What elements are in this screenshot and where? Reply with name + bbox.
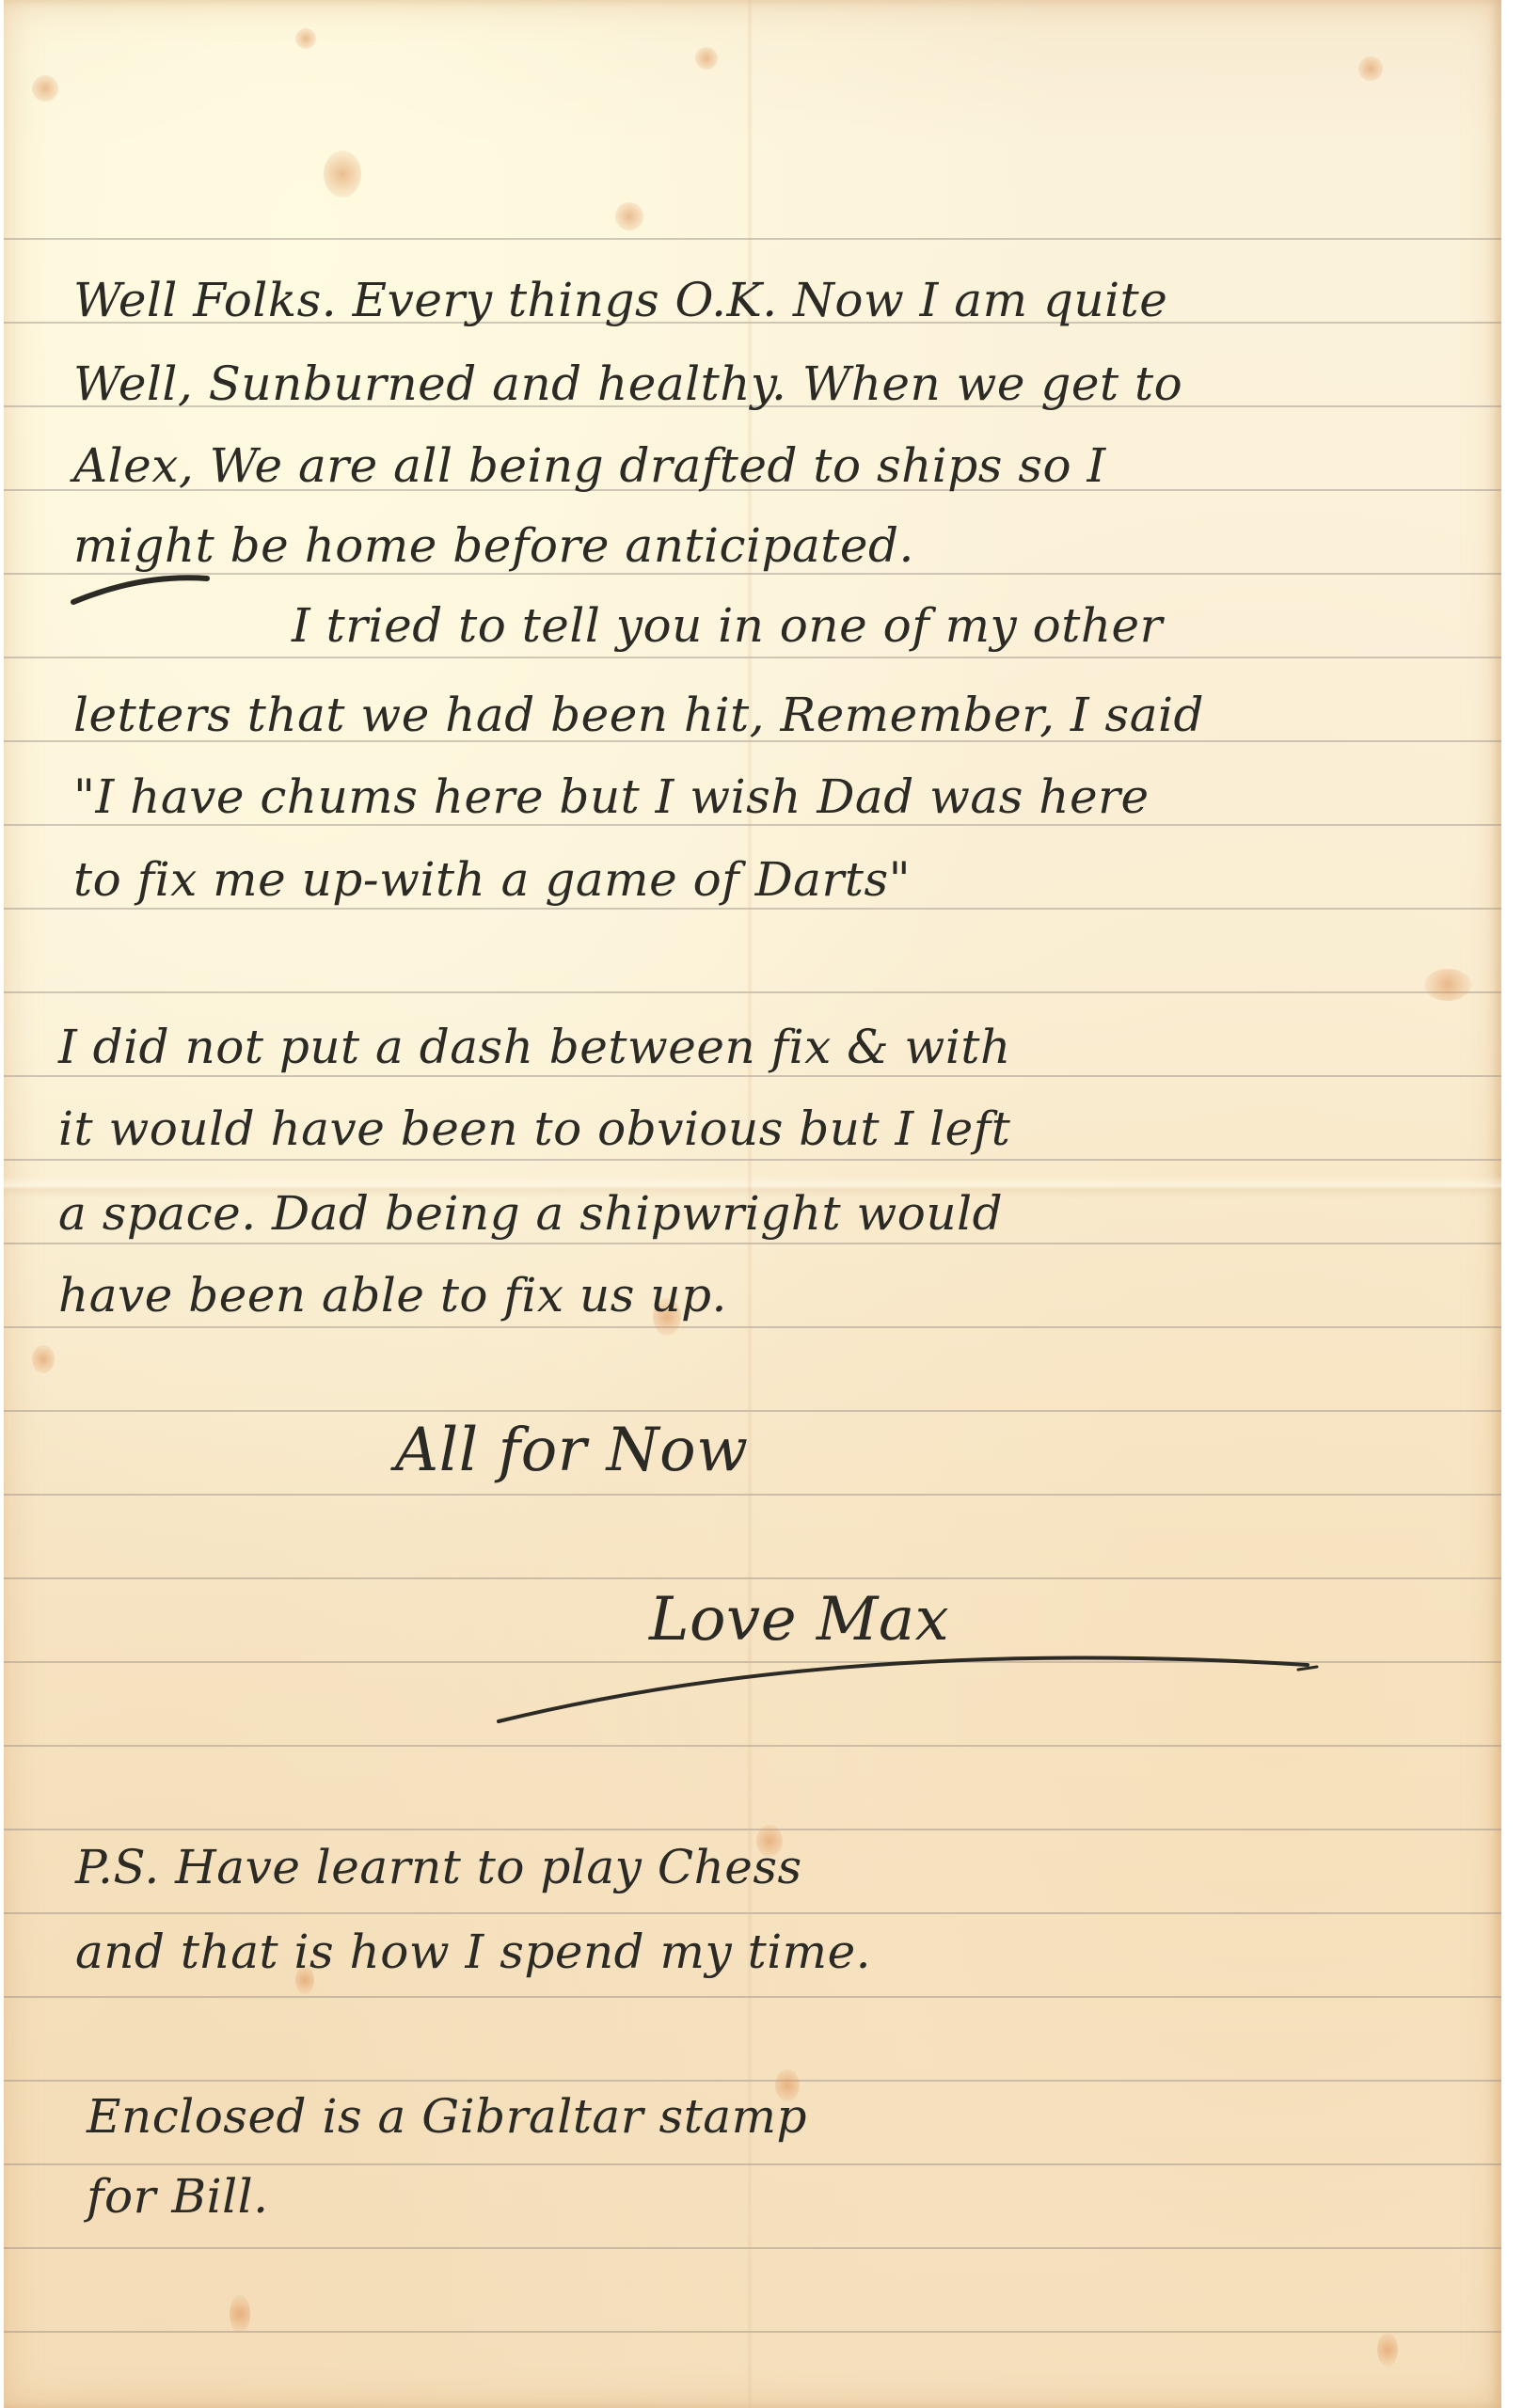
- letter-line: Alex, We are all being drafted to ships …: [73, 442, 1106, 489]
- foxing-stain: [324, 150, 361, 198]
- ruled-line: [4, 1243, 1501, 1244]
- ruled-line: [4, 1996, 1501, 1998]
- signature: Love Max: [649, 1590, 949, 1650]
- ruled-line: [4, 238, 1501, 240]
- foxing-stain: [230, 2295, 250, 2333]
- foxing-stain: [32, 1345, 55, 1373]
- letter-line: "I have chums here but I wish Dad was he…: [73, 773, 1150, 820]
- foxing-stain: [615, 202, 643, 230]
- ruled-line: [4, 1159, 1501, 1161]
- letter-line: Well Folks. Every things O.K. Now I am q…: [73, 277, 1167, 324]
- foxing-stain: [1358, 56, 1383, 81]
- foxing-stain: [1424, 969, 1471, 1001]
- ruled-line: [4, 2080, 1501, 2082]
- ruled-line: [4, 2163, 1501, 2165]
- postscript-line: P.S. Have learnt to play Chess: [75, 1844, 802, 1891]
- closing-line: All for Now: [395, 1420, 748, 1481]
- letter-line: I tried to tell you in one of my other: [292, 602, 1163, 649]
- letter-line: might be home before anticipated.: [73, 522, 914, 569]
- ruled-line: [4, 1075, 1501, 1077]
- letter-line: I did not put a dash between fix & with: [58, 1023, 1011, 1070]
- ruled-line: [4, 1829, 1501, 1830]
- ruled-line: [4, 657, 1501, 658]
- ruled-line: [4, 1326, 1501, 1328]
- postscript-line: and that is how I spend my time.: [75, 1928, 871, 1975]
- ruled-line: [4, 2247, 1501, 2249]
- ruled-line: [4, 991, 1501, 993]
- ruled-line: [4, 824, 1501, 826]
- letter-line: it would have been to obvious but I left: [58, 1105, 1010, 1152]
- ruled-line: [4, 1661, 1501, 1663]
- ruled-line: [4, 1912, 1501, 1914]
- letter-line: Well, Sunburned and healthy. When we get…: [73, 360, 1182, 407]
- foxing-stain: [32, 75, 58, 102]
- foxing-stain: [295, 28, 316, 49]
- enclosure-line: Enclosed is a Gibraltar stamp: [87, 2093, 807, 2140]
- letter-line: a space. Dad being a shipwright would: [58, 1190, 1003, 1237]
- ruled-line: [4, 2331, 1501, 2333]
- letter-line: letters that we had been hit, Remember, …: [73, 691, 1204, 738]
- foxing-stain: [695, 47, 718, 70]
- letter-line: to fix me up-with a game of Darts": [73, 856, 911, 903]
- ruled-line: [4, 573, 1501, 575]
- ruled-line: [4, 908, 1501, 910]
- ruled-line: [4, 1745, 1501, 1747]
- foxing-stain: [1377, 2333, 1398, 2367]
- ruled-line: [4, 1577, 1501, 1579]
- ruled-line: [4, 1410, 1501, 1412]
- enclosure-line: for Bill.: [87, 2173, 269, 2220]
- ruled-line: [4, 1494, 1501, 1496]
- letter-line: have been able to fix us up.: [58, 1272, 727, 1319]
